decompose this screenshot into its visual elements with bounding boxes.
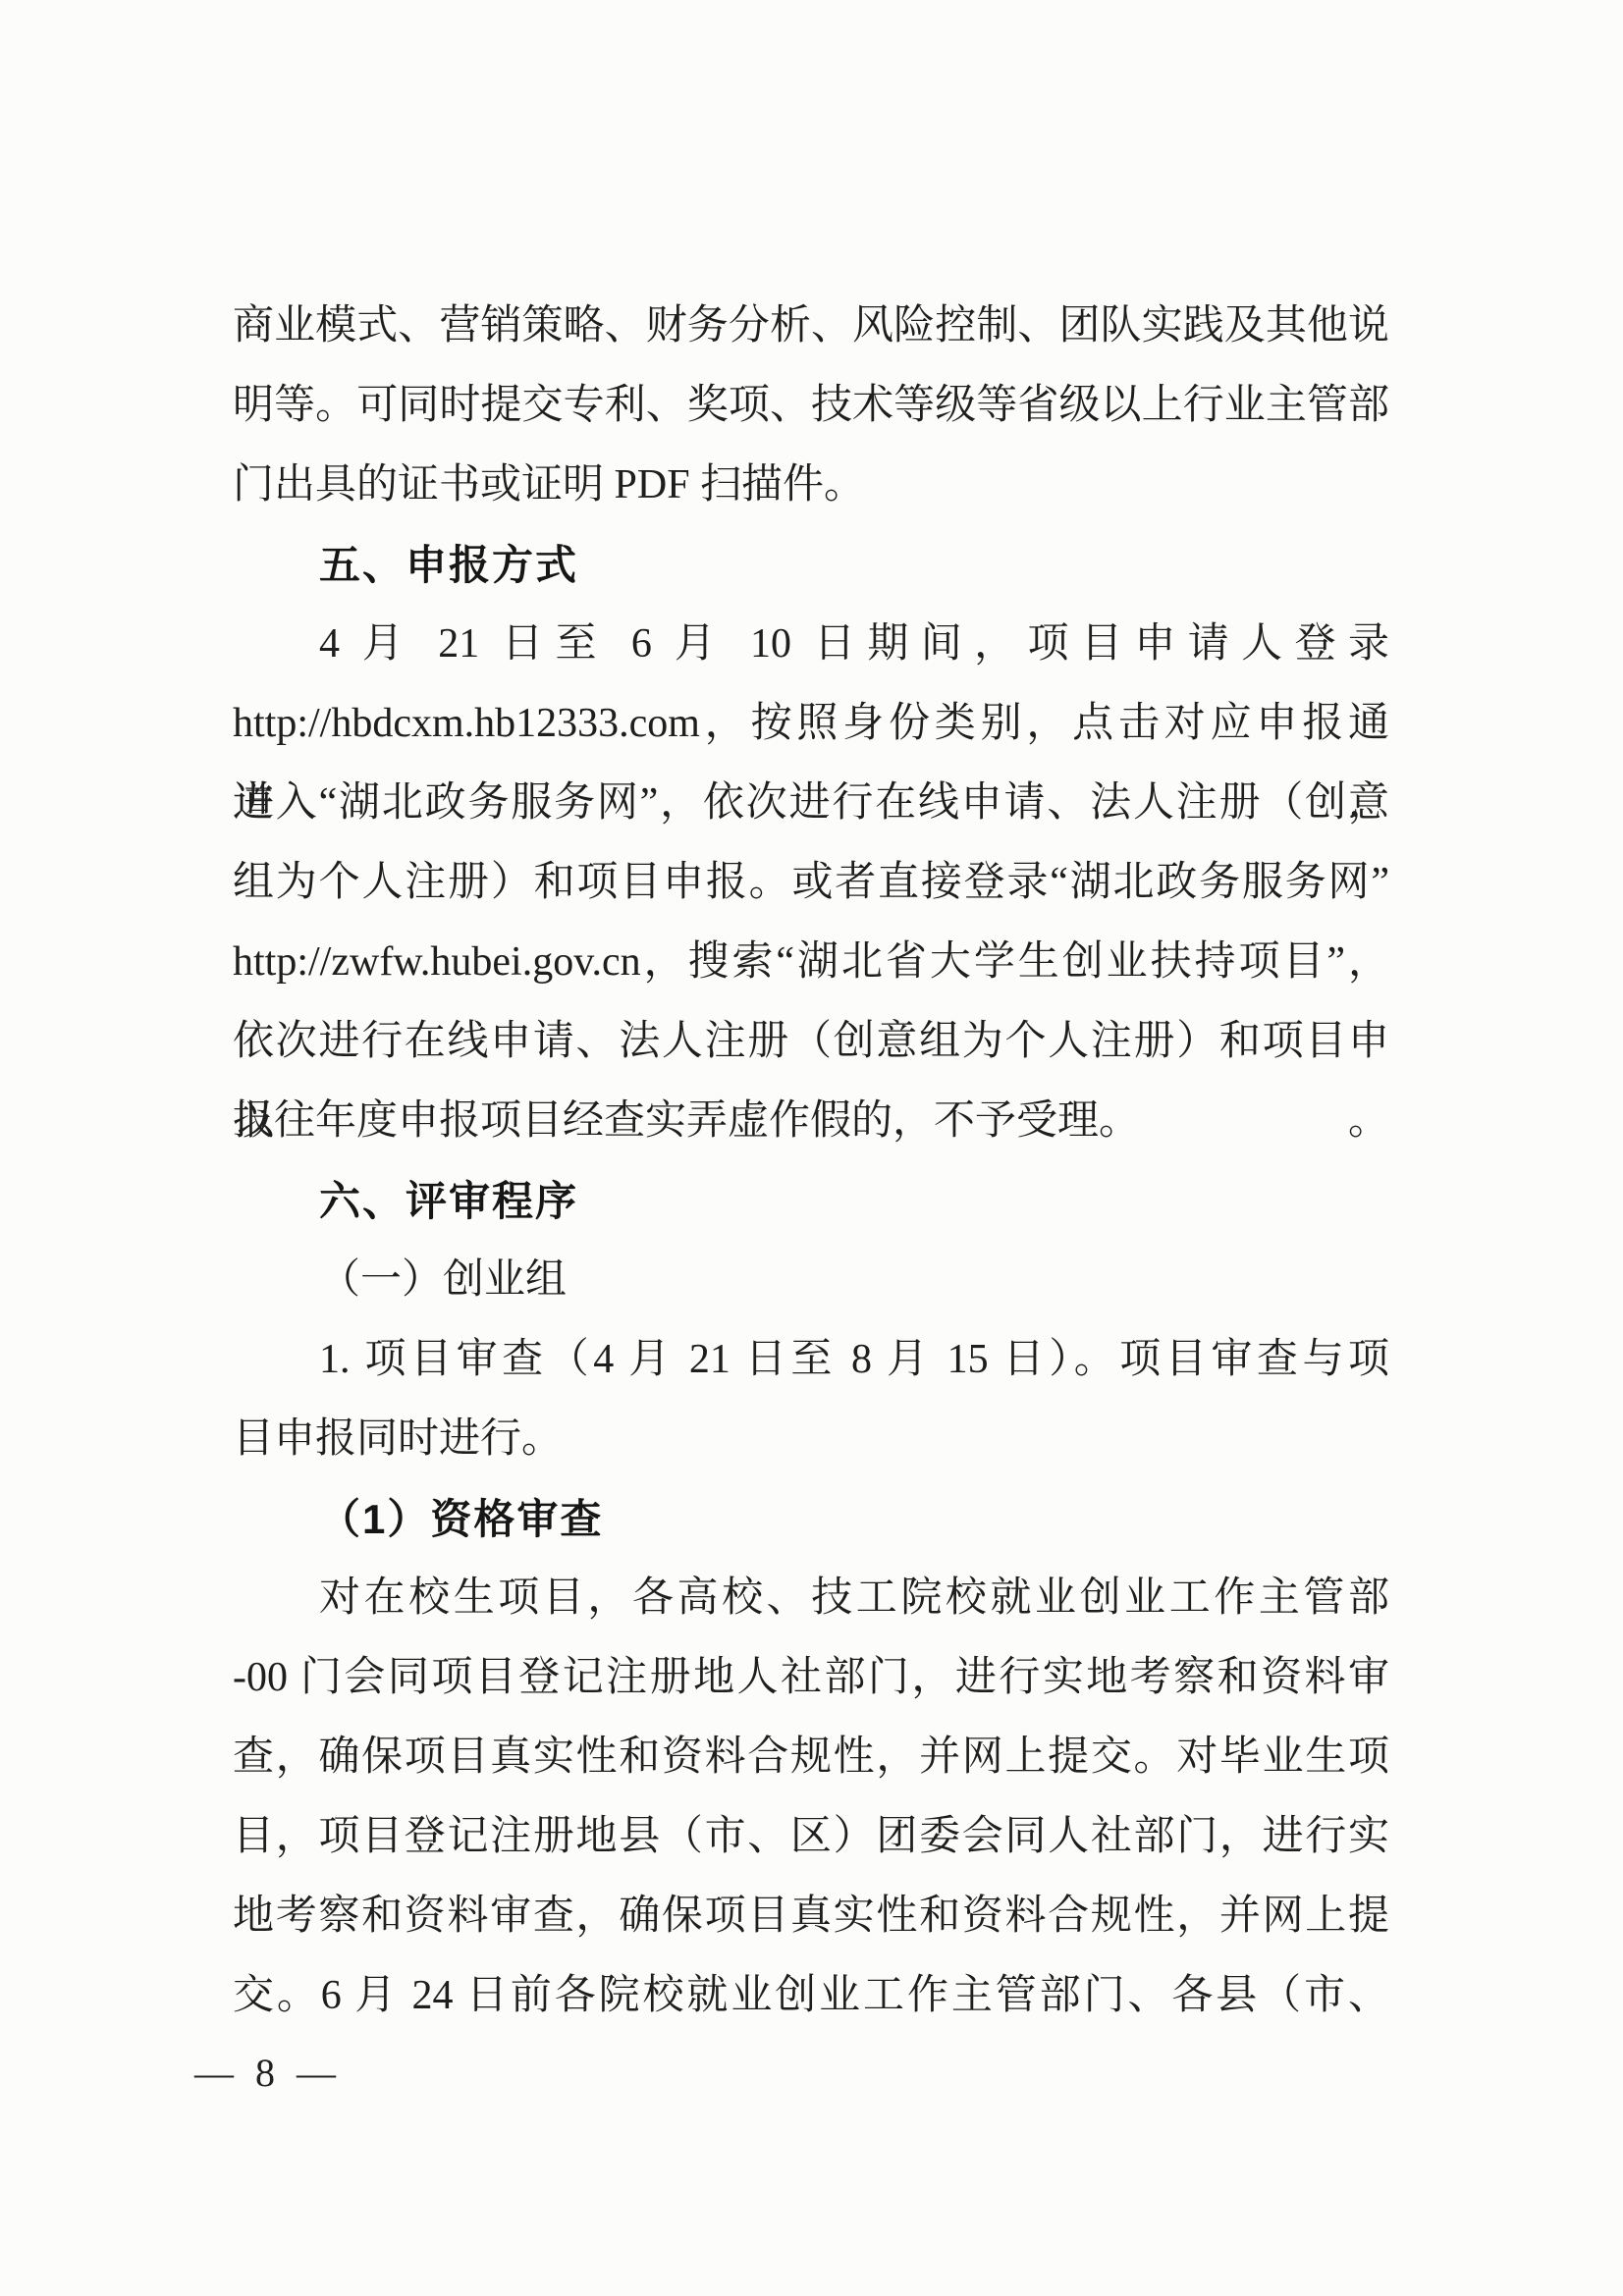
text-line: 明等。可同时提交专利、奖项、技术等级等省级以上行业主管部	[233, 366, 1389, 446]
text-line: 交。6 月 24 日前各院校就业创业工作主管部门、各县（市、	[233, 1956, 1389, 2036]
text-line: 地考察和资料审查，确保项目真实性和资料合规性，并网上提	[233, 1877, 1389, 1956]
text-block: 商业模式、营销策略、财务分析、风险控制、团队实践及其他说明等。可同时提交专利、奖…	[233, 287, 1389, 2036]
page-number: — 8 —	[194, 2050, 342, 2096]
section-heading: 六、评审程序	[233, 1161, 1389, 1241]
text-line: 目，项目登记注册地县（市、区）团委会同人社部门，进行实	[233, 1797, 1389, 1877]
document-page: 商业模式、营销策略、财务分析、风险控制、团队实践及其他说明等。可同时提交专利、奖…	[0, 0, 1623, 2296]
text-line: 组为个人注册）和项目申报。或者直接登录“湖北政务服务网”	[233, 843, 1389, 923]
section-heading: （1）资格审查	[233, 1479, 1389, 1559]
text-line: 4 月 21 日至 6 月 10 日期间，项目申请人登录	[233, 605, 1389, 684]
text-line: （一）创业组	[233, 1241, 1389, 1320]
text-line: 1. 项目审查（4 月 21 日至 8 月 15 日）。项目审查与项	[233, 1320, 1389, 1400]
text-line: 门出具的证书或证明 PDF 扫描件。	[233, 446, 1389, 525]
text-line: 依次进行在线申请、法人注册（创意组为个人注册）和项目申报。	[233, 1002, 1389, 1082]
text-line: http://zwfw.hubei.gov.cn，搜索“湖北省大学生创业扶持项目…	[233, 923, 1389, 1002]
text-line: http://hbdcxm.hb12333.com，按照身份类别，点击对应申报通…	[233, 684, 1389, 764]
section-heading: 五、申报方式	[233, 525, 1389, 605]
text-line: -00 门会同项目登记注册地人社部门，进行实地考察和资料审	[233, 1638, 1389, 1718]
text-line: 对在校生项目，各高校、技工院校就业创业工作主管部	[233, 1559, 1389, 1638]
text-line: 进入“湖北政务服务网”，依次进行在线申请、法人注册（创意	[233, 764, 1389, 843]
text-line: 商业模式、营销策略、财务分析、风险控制、团队实践及其他说	[233, 287, 1389, 366]
text-line: 查，确保项目真实性和资料合规性，并网上提交。对毕业生项	[233, 1718, 1389, 1797]
text-line: 目申报同时进行。	[233, 1400, 1389, 1479]
